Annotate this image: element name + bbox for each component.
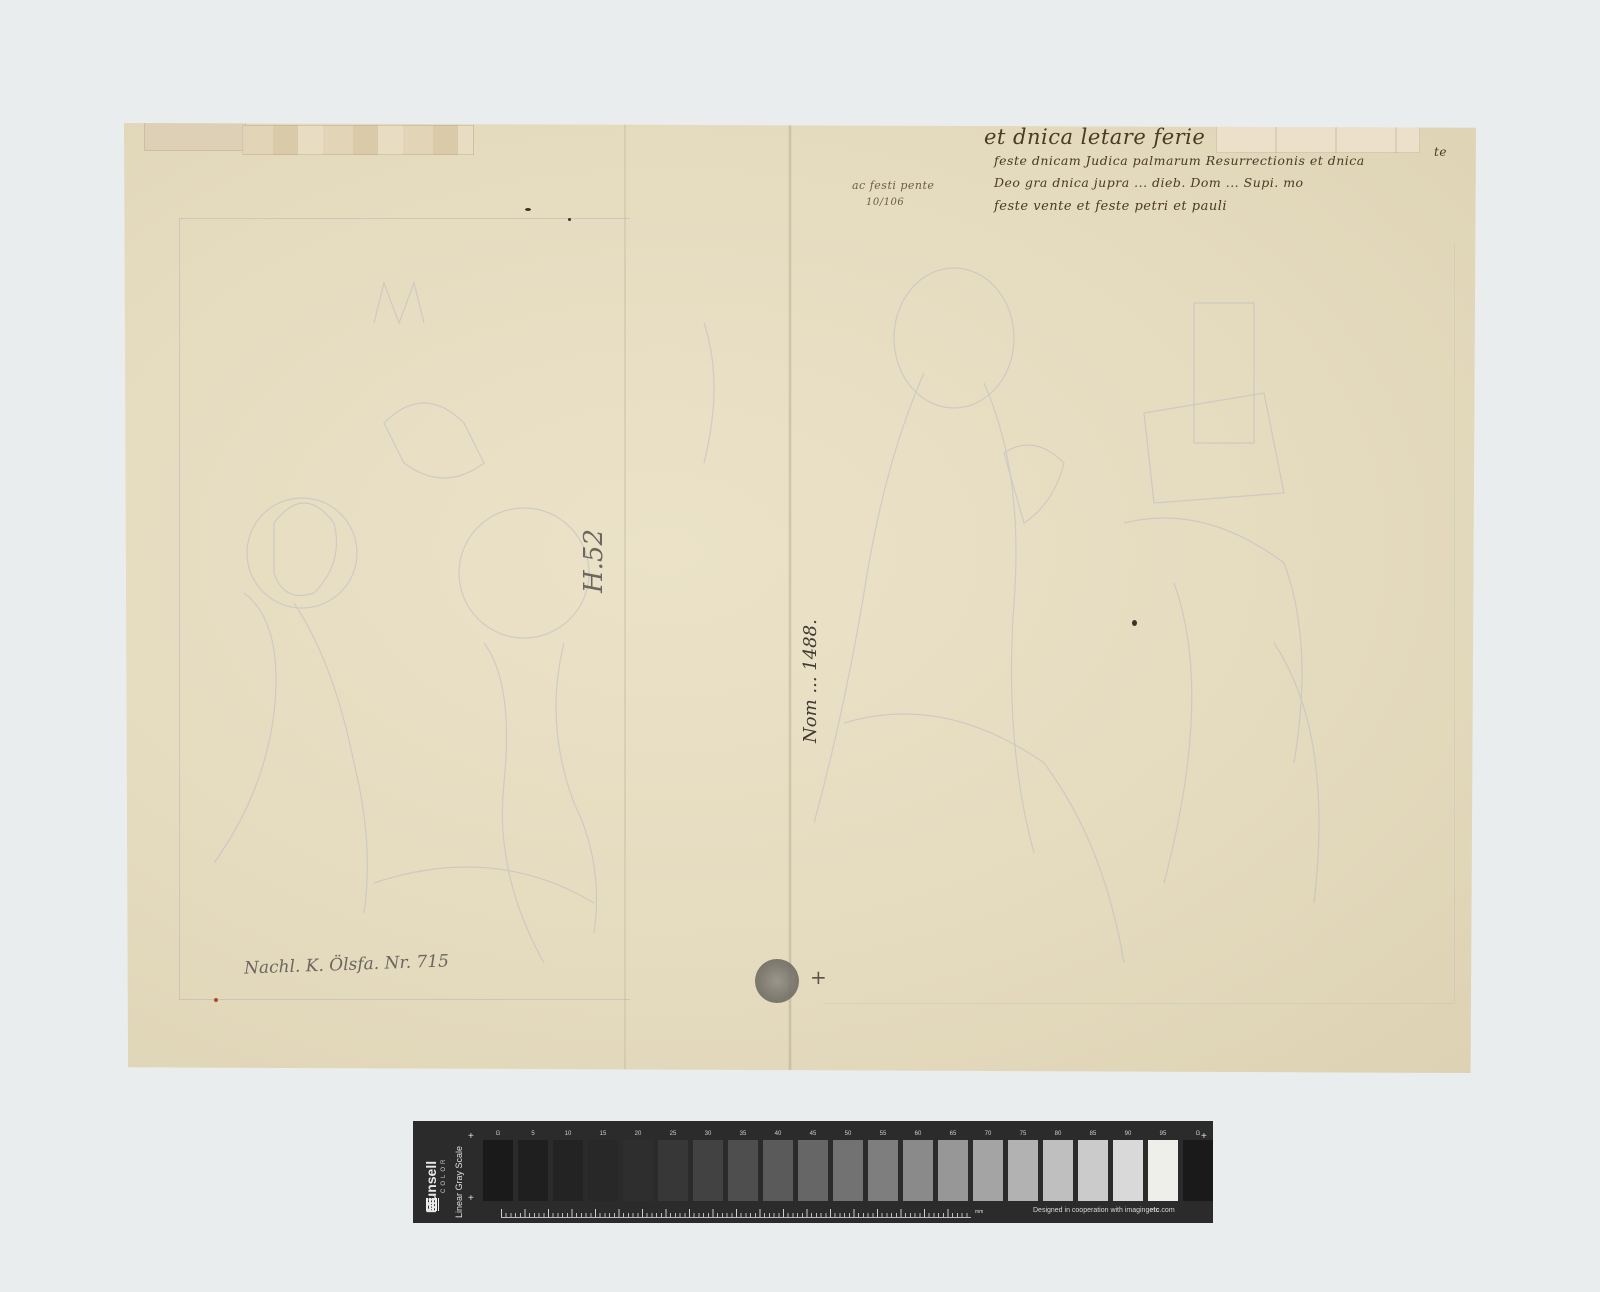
manuscript-sheet: et dnica letare ferie te feste dnicam Ju… <box>124 123 1476 1073</box>
registration-mark-icon: + <box>468 1193 474 1204</box>
gray-patch: 15 <box>588 1129 618 1205</box>
gray-patch: G <box>483 1129 513 1205</box>
registration-mark-icon: + <box>468 1131 474 1142</box>
gray-patch: 40 <box>763 1129 793 1205</box>
ink-spot <box>525 208 531 211</box>
manuscript-line-3: Deo gra dnica jupra ... dieb. Dom ... Su… <box>994 175 1304 190</box>
gray-patch: 95 <box>1148 1129 1178 1205</box>
vertical-date-annotation: Nom ... 1488. <box>800 619 821 743</box>
manuscript-line-2: feste dnicam Judica palmarum Resurrectio… <box>994 153 1365 168</box>
munsell-gray-scale-card: Munsell COLOR Linear Gray Scale + + + + … <box>413 1121 1213 1223</box>
pencil-frame-left <box>179 218 630 1000</box>
gray-patch: 45 <box>798 1129 828 1205</box>
manuscript-margin-note: ac festi pente <box>852 179 934 192</box>
tape-strip-left <box>144 121 246 151</box>
card-credit: Designed in cooperation with imagingetc.… <box>1033 1207 1175 1214</box>
manuscript-folio-number: 10/106 <box>866 197 904 208</box>
gray-patch: 5 <box>518 1129 548 1205</box>
manuscript-line-1-end: te <box>1434 145 1447 159</box>
gray-patch: 80 <box>1043 1129 1073 1205</box>
tape-strip-right <box>1216 120 1420 153</box>
ink-spot <box>1132 620 1137 626</box>
manuscript-line-1: et dnica letare ferie <box>984 125 1205 149</box>
mm-ruler <box>501 1209 971 1218</box>
gray-patch: 25 <box>658 1129 688 1205</box>
gray-patch: 20 <box>623 1129 653 1205</box>
munsell-brand: Munsell <box>423 1161 439 1213</box>
gray-patch: 90 <box>1113 1129 1143 1205</box>
center-fold <box>788 123 792 1073</box>
shelfmark-annotation: H.52 <box>579 529 609 593</box>
gray-patch: 55 <box>868 1129 898 1205</box>
gray-patch: 35 <box>728 1129 758 1205</box>
collection-stamp-seal <box>755 959 799 1003</box>
red-spot <box>214 998 218 1002</box>
munsell-brand-sub: COLOR <box>441 1157 447 1193</box>
gray-patch: G <box>1183 1129 1213 1205</box>
cross-mark: + <box>810 965 827 989</box>
gray-patch: 75 <box>1008 1129 1038 1205</box>
gray-patch: 30 <box>693 1129 723 1205</box>
gray-scale-title: Linear Gray Scale <box>454 1146 464 1218</box>
ink-spot <box>568 218 571 221</box>
manuscript-line-4: feste vente et feste petri et pauli <box>994 199 1227 214</box>
gray-patch: 10 <box>553 1129 583 1205</box>
gray-patch: 70 <box>973 1129 1003 1205</box>
tape-strip-residue <box>242 125 474 155</box>
gray-patch: 60 <box>903 1129 933 1205</box>
gray-patches: G 5 10 15 20 25 30 35 40 45 50 55 60 65 … <box>483 1129 1213 1205</box>
gray-patch: 65 <box>938 1129 968 1205</box>
gray-patch: 85 <box>1078 1129 1108 1205</box>
gray-patch: 50 <box>833 1129 863 1205</box>
ruler-unit: mm <box>975 1209 983 1215</box>
pencil-frame-right <box>824 243 1455 1004</box>
